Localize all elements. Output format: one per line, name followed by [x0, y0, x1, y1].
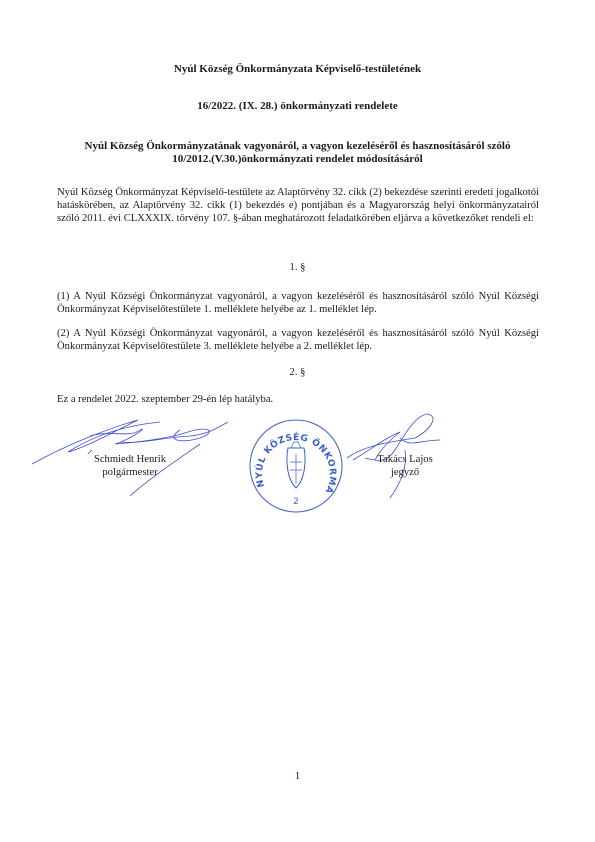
- mayor-signature-block: Schmiedt Henrik polgármester: [70, 453, 190, 479]
- municipal-stamp-icon: NYÚL KÖZSÉG ÖNKORMÁNYZATA 2: [248, 418, 344, 514]
- notary-role: jegyző: [360, 466, 450, 479]
- stamp-number: 2: [293, 497, 299, 507]
- stamp-text: NYÚL KÖZSÉG ÖNKORMÁNYZATA: [243, 411, 337, 496]
- mayor-role: polgármester: [70, 466, 190, 479]
- page-number: 1: [0, 770, 595, 782]
- decree-number: 16/2022. (IX. 28.) önkormányzati rendele…: [0, 100, 595, 112]
- mayor-name: Schmiedt Henrik: [70, 453, 190, 466]
- decree-title-line2: 10/2012.(V.30.)önkormányzati rendelet mó…: [0, 153, 595, 166]
- notary-signature-block: Takács Lajos jegyző: [360, 453, 450, 479]
- decree-title: Nyúl Község Önkormányzatának vagyonáról,…: [0, 140, 595, 166]
- section-2-heading: 2. §: [0, 367, 595, 378]
- svg-text:NYÚL KÖZSÉG ÖNKORMÁNYZATA: NYÚL KÖZSÉG ÖNKORMÁNYZATA: [243, 411, 337, 496]
- section-1-paragraph-1: (1) A Nyúl Községi Önkormányzat vagyonár…: [57, 290, 539, 316]
- section-2-paragraph: Ez a rendelet 2022. szeptember 29-én lép…: [57, 394, 273, 405]
- preamble-paragraph: Nyúl Község Önkormányzat Képviselő-testü…: [57, 186, 539, 226]
- section-1-heading: 1. §: [0, 262, 595, 273]
- notary-name: Takács Lajos: [360, 453, 450, 466]
- section-1-paragraph-2: (2) A Nyúl Községi Önkormányzat vagyonár…: [57, 327, 539, 353]
- decree-title-line1: Nyúl Község Önkormányzatának vagyonáról,…: [0, 140, 595, 153]
- issuer-heading: Nyúl Község Önkormányzata Képviselő-test…: [0, 63, 595, 75]
